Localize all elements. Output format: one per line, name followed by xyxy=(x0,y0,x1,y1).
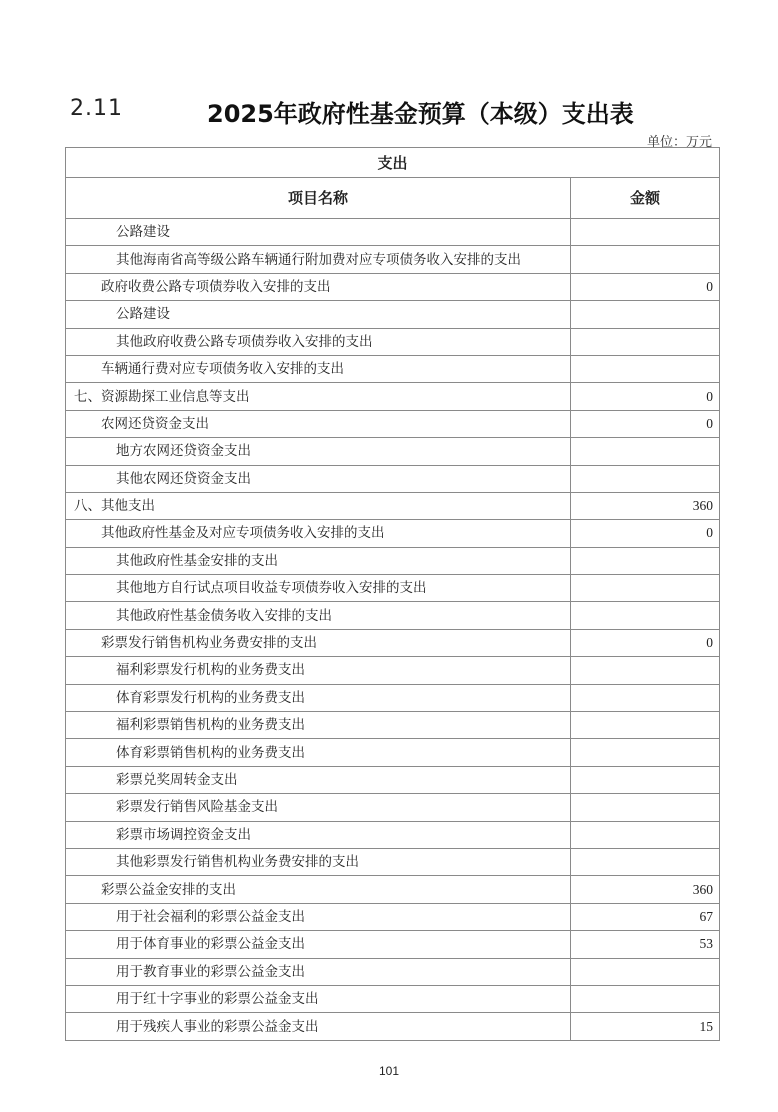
row-amount: 0 xyxy=(571,410,720,437)
row-name: 彩票兑奖周转金支出 xyxy=(66,766,571,793)
table-row: 彩票兑奖周转金支出 xyxy=(66,766,720,793)
table-row: 其他政府性基金安排的支出 xyxy=(66,547,720,574)
table-row: 其他海南省高等级公路车辆通行附加费对应专项债务收入安排的支出 xyxy=(66,246,720,273)
table-row: 彩票发行销售机构业务费安排的支出0 xyxy=(66,629,720,656)
row-amount xyxy=(571,465,720,492)
row-name: 用于教育事业的彩票公益金支出 xyxy=(66,958,571,985)
table-row: 彩票公益金安排的支出360 xyxy=(66,876,720,903)
table-row: 公路建设 xyxy=(66,301,720,328)
row-amount xyxy=(571,602,720,629)
row-amount xyxy=(571,766,720,793)
row-name: 彩票发行销售风险基金支出 xyxy=(66,794,571,821)
row-amount: 360 xyxy=(571,492,720,519)
row-amount xyxy=(571,219,720,246)
row-name: 八、其他支出 xyxy=(66,492,571,519)
table-row: 用于体育事业的彩票公益金支出53 xyxy=(66,931,720,958)
row-amount: 0 xyxy=(571,273,720,300)
column-header-amount: 金额 xyxy=(571,178,720,219)
row-name: 政府收费公路专项债券收入安排的支出 xyxy=(66,273,571,300)
row-amount xyxy=(571,301,720,328)
column-header-name: 项目名称 xyxy=(66,178,571,219)
page-title: 2025年政府性基金预算（本级）支出表 xyxy=(207,94,634,129)
table-row: 用于红十字事业的彩票公益金支出 xyxy=(66,985,720,1012)
table-row: 其他政府性基金债务收入安排的支出 xyxy=(66,602,720,629)
row-amount: 0 xyxy=(571,520,720,547)
row-amount xyxy=(571,985,720,1012)
table-row: 其他地方自行试点项目收益专项债券收入安排的支出 xyxy=(66,575,720,602)
row-amount: 53 xyxy=(571,931,720,958)
row-amount: 0 xyxy=(571,629,720,656)
row-name: 其他政府性基金安排的支出 xyxy=(66,547,571,574)
row-amount xyxy=(571,848,720,875)
expenditure-table: 支出 项目名称 金额 公路建设其他海南省高等级公路车辆通行附加费对应专项债务收入… xyxy=(65,147,720,1041)
table-row: 体育彩票销售机构的业务费支出 xyxy=(66,739,720,766)
column-header-row: 项目名称 金额 xyxy=(66,178,720,219)
row-name: 用于体育事业的彩票公益金支出 xyxy=(66,931,571,958)
row-amount xyxy=(571,547,720,574)
table-row: 彩票市场调控资金支出 xyxy=(66,821,720,848)
section-number: 2.11 xyxy=(70,96,123,121)
table-row: 彩票发行销售风险基金支出 xyxy=(66,794,720,821)
row-name: 彩票发行销售机构业务费安排的支出 xyxy=(66,629,571,656)
row-name: 体育彩票发行机构的业务费支出 xyxy=(66,684,571,711)
row-name: 公路建设 xyxy=(66,219,571,246)
table-row: 车辆通行费对应专项债务收入安排的支出 xyxy=(66,355,720,382)
row-amount xyxy=(571,246,720,273)
row-name: 福利彩票发行机构的业务费支出 xyxy=(66,657,571,684)
row-amount: 67 xyxy=(571,903,720,930)
table-row: 用于社会福利的彩票公益金支出67 xyxy=(66,903,720,930)
row-amount xyxy=(571,958,720,985)
table-row: 公路建设 xyxy=(66,219,720,246)
row-amount xyxy=(571,438,720,465)
table-row: 其他彩票发行销售机构业务费安排的支出 xyxy=(66,848,720,875)
row-name: 其他政府收费公路专项债券收入安排的支出 xyxy=(66,328,571,355)
table-row: 用于残疾人事业的彩票公益金支出15 xyxy=(66,1013,720,1040)
row-amount: 0 xyxy=(571,383,720,410)
table-row: 八、其他支出360 xyxy=(66,492,720,519)
row-name: 公路建设 xyxy=(66,301,571,328)
row-amount xyxy=(571,328,720,355)
table-row: 农网还贷资金支出0 xyxy=(66,410,720,437)
row-name: 其他地方自行试点项目收益专项债券收入安排的支出 xyxy=(66,575,571,602)
row-name: 车辆通行费对应专项债务收入安排的支出 xyxy=(66,355,571,382)
row-name: 其他农网还贷资金支出 xyxy=(66,465,571,492)
row-amount xyxy=(571,684,720,711)
row-name: 七、资源勘探工业信息等支出 xyxy=(66,383,571,410)
row-name: 用于红十字事业的彩票公益金支出 xyxy=(66,985,571,1012)
row-name: 其他政府性基金及对应专项债务收入安排的支出 xyxy=(66,520,571,547)
row-amount xyxy=(571,794,720,821)
table-row: 其他政府收费公路专项债券收入安排的支出 xyxy=(66,328,720,355)
table-row: 福利彩票发行机构的业务费支出 xyxy=(66,657,720,684)
group-header: 支出 xyxy=(66,148,720,178)
row-amount xyxy=(571,355,720,382)
row-name: 彩票公益金安排的支出 xyxy=(66,876,571,903)
row-name: 其他彩票发行销售机构业务费安排的支出 xyxy=(66,848,571,875)
row-name: 农网还贷资金支出 xyxy=(66,410,571,437)
table-row: 用于教育事业的彩票公益金支出 xyxy=(66,958,720,985)
row-name: 体育彩票销售机构的业务费支出 xyxy=(66,739,571,766)
row-name: 用于社会福利的彩票公益金支出 xyxy=(66,903,571,930)
group-header-row: 支出 xyxy=(66,148,720,178)
row-amount xyxy=(571,712,720,739)
row-amount xyxy=(571,657,720,684)
page-number: 101 xyxy=(0,1064,778,1078)
table-row: 其他农网还贷资金支出 xyxy=(66,465,720,492)
table-row: 其他政府性基金及对应专项债务收入安排的支出0 xyxy=(66,520,720,547)
table-row: 政府收费公路专项债券收入安排的支出0 xyxy=(66,273,720,300)
row-name: 彩票市场调控资金支出 xyxy=(66,821,571,848)
row-name: 其他政府性基金债务收入安排的支出 xyxy=(66,602,571,629)
table-row: 福利彩票销售机构的业务费支出 xyxy=(66,712,720,739)
row-name: 其他海南省高等级公路车辆通行附加费对应专项债务收入安排的支出 xyxy=(66,246,571,273)
table-row: 七、资源勘探工业信息等支出0 xyxy=(66,383,720,410)
row-amount xyxy=(571,575,720,602)
table-body: 公路建设其他海南省高等级公路车辆通行附加费对应专项债务收入安排的支出政府收费公路… xyxy=(66,219,720,1041)
row-amount xyxy=(571,821,720,848)
row-name: 地方农网还贷资金支出 xyxy=(66,438,571,465)
row-name: 福利彩票销售机构的业务费支出 xyxy=(66,712,571,739)
row-name: 用于残疾人事业的彩票公益金支出 xyxy=(66,1013,571,1040)
table-row: 体育彩票发行机构的业务费支出 xyxy=(66,684,720,711)
table-row: 地方农网还贷资金支出 xyxy=(66,438,720,465)
row-amount: 15 xyxy=(571,1013,720,1040)
row-amount: 360 xyxy=(571,876,720,903)
row-amount xyxy=(571,739,720,766)
